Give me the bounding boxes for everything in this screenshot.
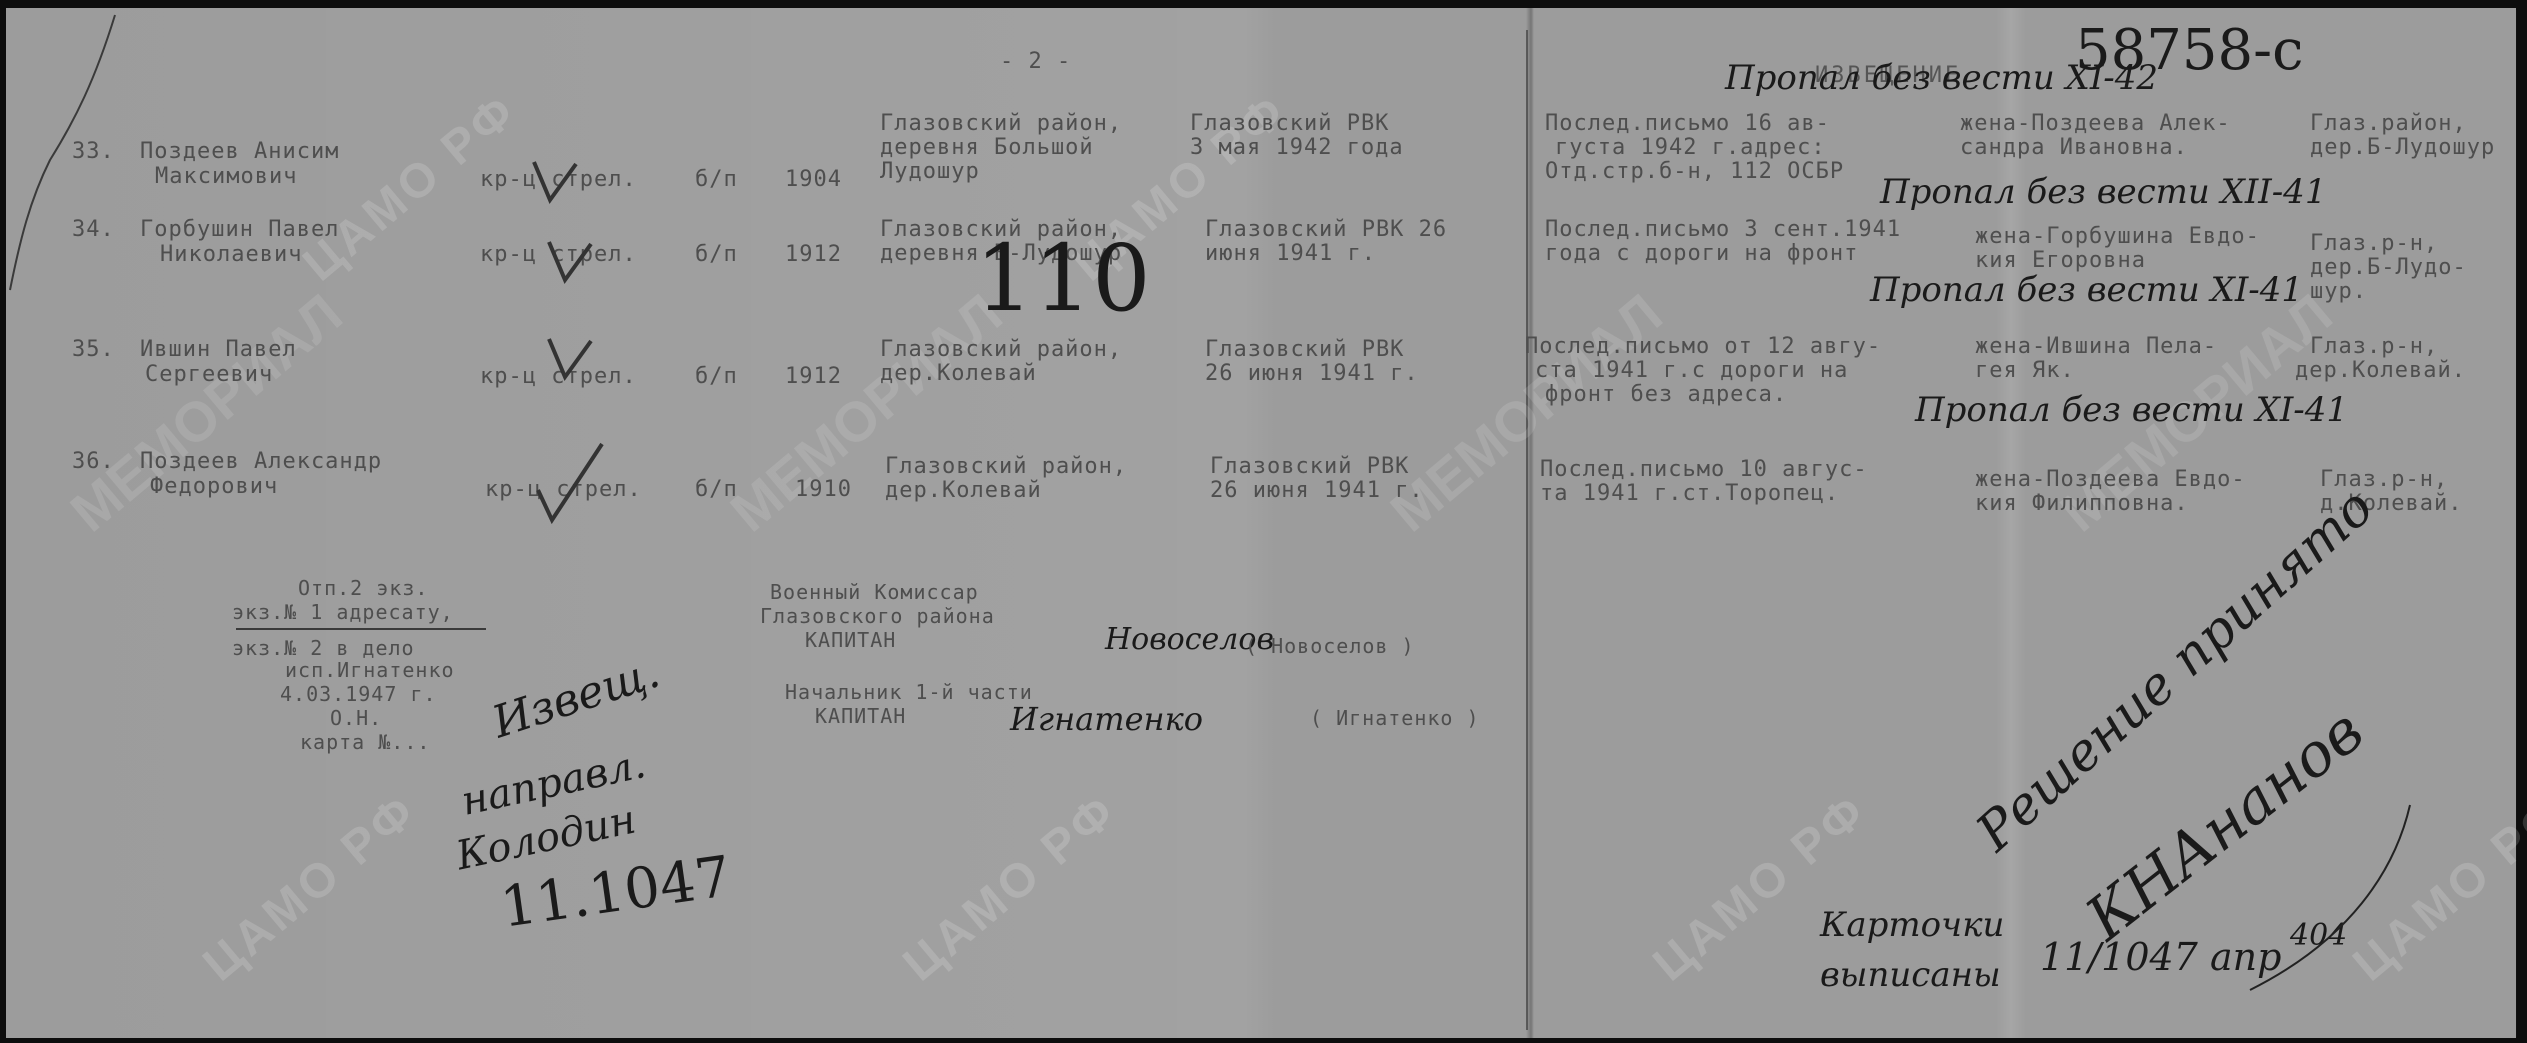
last-letter: Послед.письмо 3 сент.1941 [1545, 218, 1901, 241]
underline [236, 628, 486, 630]
birthplace: дер.Колевай [880, 362, 1037, 385]
checkmark-icon [530, 158, 580, 208]
scan-right-border [2517, 0, 2527, 1043]
last-letter: года с дороги на фронт [1545, 242, 1858, 265]
soldier-patronymic: Федорович [150, 475, 278, 498]
soldier-patronymic: Николаевич [160, 243, 302, 266]
birthplace: деревня Большой [880, 136, 1094, 159]
copies-count: Отп.2 экз. [298, 578, 428, 599]
document-date: 4.03.1947 г. [280, 684, 437, 705]
last-letter: густа 1942 г.адрес: [1555, 136, 1826, 159]
drafted-date: июня 1941 г. [1205, 242, 1376, 265]
drafted-by: Глазовский РВК [1205, 338, 1404, 361]
chief-title: Начальник 1-й части [785, 682, 1033, 703]
family-address: Глаз.р-н, [2310, 335, 2438, 358]
family-address: дер.Б-Лудошур [2310, 136, 2495, 159]
last-letter: фронт без адреса. [1545, 383, 1787, 406]
row-number: 34. [72, 218, 115, 241]
family-address: дер.Колевай. [2295, 359, 2466, 382]
drafted-date: 26 июня 1941 г. [1210, 479, 1424, 502]
drafted-date: 26 июня 1941 г. [1205, 362, 1419, 385]
next-of-kin: жена-Горбушина Евдо- [1975, 225, 2260, 248]
drafted-by: Глазовский РВК [1190, 112, 1389, 135]
birth-year: 1912 [785, 365, 842, 388]
executor: исп.Игнатенко [285, 660, 455, 681]
handwritten-status: Пропал без вести XI-41 [1915, 390, 2348, 430]
handwritten-cards-note: Карточки [1820, 905, 2004, 945]
party-status: б/п [695, 243, 738, 266]
birth-year: 1910 [795, 478, 852, 501]
handwritten-case-number: 110 [975, 225, 1151, 332]
commissar-name: ( Новоселов ) [1245, 636, 1415, 657]
copy-2-file: экз.№ 2 в дело [232, 638, 415, 659]
handwritten-status: Пропал без вести XI-41 [1870, 270, 2303, 310]
row-number: 35. [72, 338, 115, 361]
next-of-kin: жена-Ившина Пела- [1975, 335, 2217, 358]
next-of-kin: гея Як. [1975, 359, 2075, 382]
initials: О.Н. [330, 708, 382, 729]
soldier-patronymic: Сергеевич [145, 363, 273, 386]
next-of-kin: жена-Поздеева Евдо- [1975, 468, 2246, 491]
birthplace: Лудошур [880, 160, 980, 183]
row-number: 33. [72, 140, 115, 163]
last-letter: та 1941 г.ст.Торопец. [1540, 482, 1839, 505]
next-of-kin: кия Егоровна [1975, 249, 2146, 272]
commissar-district: Глазовского района [760, 606, 995, 627]
chief-rank: КАПИТАН [815, 706, 906, 727]
checkmark-icon [530, 440, 610, 530]
last-letter: ста 1941 г.с дороги на [1535, 359, 1848, 382]
party-status: б/п [695, 168, 738, 191]
commissar-title: Военный Комиссар [770, 582, 979, 603]
birth-year: 1904 [785, 168, 842, 191]
handwritten-status: Пропал без вести XI-42 [1725, 58, 2158, 98]
family-address: Глаз.район, [2310, 112, 2467, 135]
last-letter: Послед.письмо 16 ав- [1545, 112, 1830, 135]
last-letter: Послед.письмо от 12 авгу- [1525, 335, 1881, 358]
next-of-kin: сандра Ивановна. [1960, 136, 2188, 159]
party-status: б/п [695, 478, 738, 501]
birthplace: Глазовский район, [885, 455, 1127, 478]
birth-year: 1912 [785, 243, 842, 266]
last-letter: Послед.письмо 10 авгус- [1540, 458, 1868, 481]
fold-line [1526, 30, 1528, 1030]
last-letter: Отд.стр.б-н, 112 ОСБР [1545, 160, 1844, 183]
paper-tear-line [0, 10, 120, 340]
checkmark-icon [545, 238, 595, 288]
soldier-surname-name: Горбушин Павел [140, 218, 339, 241]
drafted-by: Глазовский РВК 26 [1205, 218, 1447, 241]
family-address: Глаз.р-н, [2310, 232, 2438, 255]
handwritten-cards-note: выписаны [1820, 955, 2001, 995]
commissar-rank: КАПИТАН [805, 630, 896, 651]
soldier-surname-name: Ившин Павел [140, 338, 297, 361]
party-status: б/п [695, 365, 738, 388]
card-number: карта №... [300, 732, 430, 753]
soldier-surname-name: Поздеев Анисим [140, 140, 339, 163]
drafted-date: 3 мая 1942 года [1190, 136, 1404, 159]
handwritten-status: Пропал без вести XII-41 [1880, 172, 2326, 212]
family-address: дер.Б-Лудо- [2310, 256, 2467, 279]
drafted-by: Глазовский РВК [1210, 455, 1409, 478]
soldier-surname-name: Поздеев Александр [140, 450, 382, 473]
birthplace: Глазовский район, [880, 338, 1122, 361]
signature-stroke [2220, 800, 2420, 1000]
birthplace: дер.Колевай [885, 479, 1042, 502]
copy-1-recipient: экз.№ 1 адресату, [232, 602, 454, 623]
checkmark-icon [545, 335, 595, 385]
birthplace: Глазовский район, [880, 112, 1122, 135]
chief-name: ( Игнатенко ) [1310, 708, 1480, 729]
soldier-patronymic: Максимович [155, 165, 297, 188]
family-address: шур. [2310, 280, 2367, 303]
chief-signature: Игнатенко [1010, 700, 1203, 738]
row-number: 36. [72, 450, 115, 473]
next-of-kin: жена-Поздеева Алек- [1960, 112, 2231, 135]
page-number: - 2 - [1000, 50, 1071, 73]
next-of-kin: кия Филипповна. [1975, 492, 2189, 515]
